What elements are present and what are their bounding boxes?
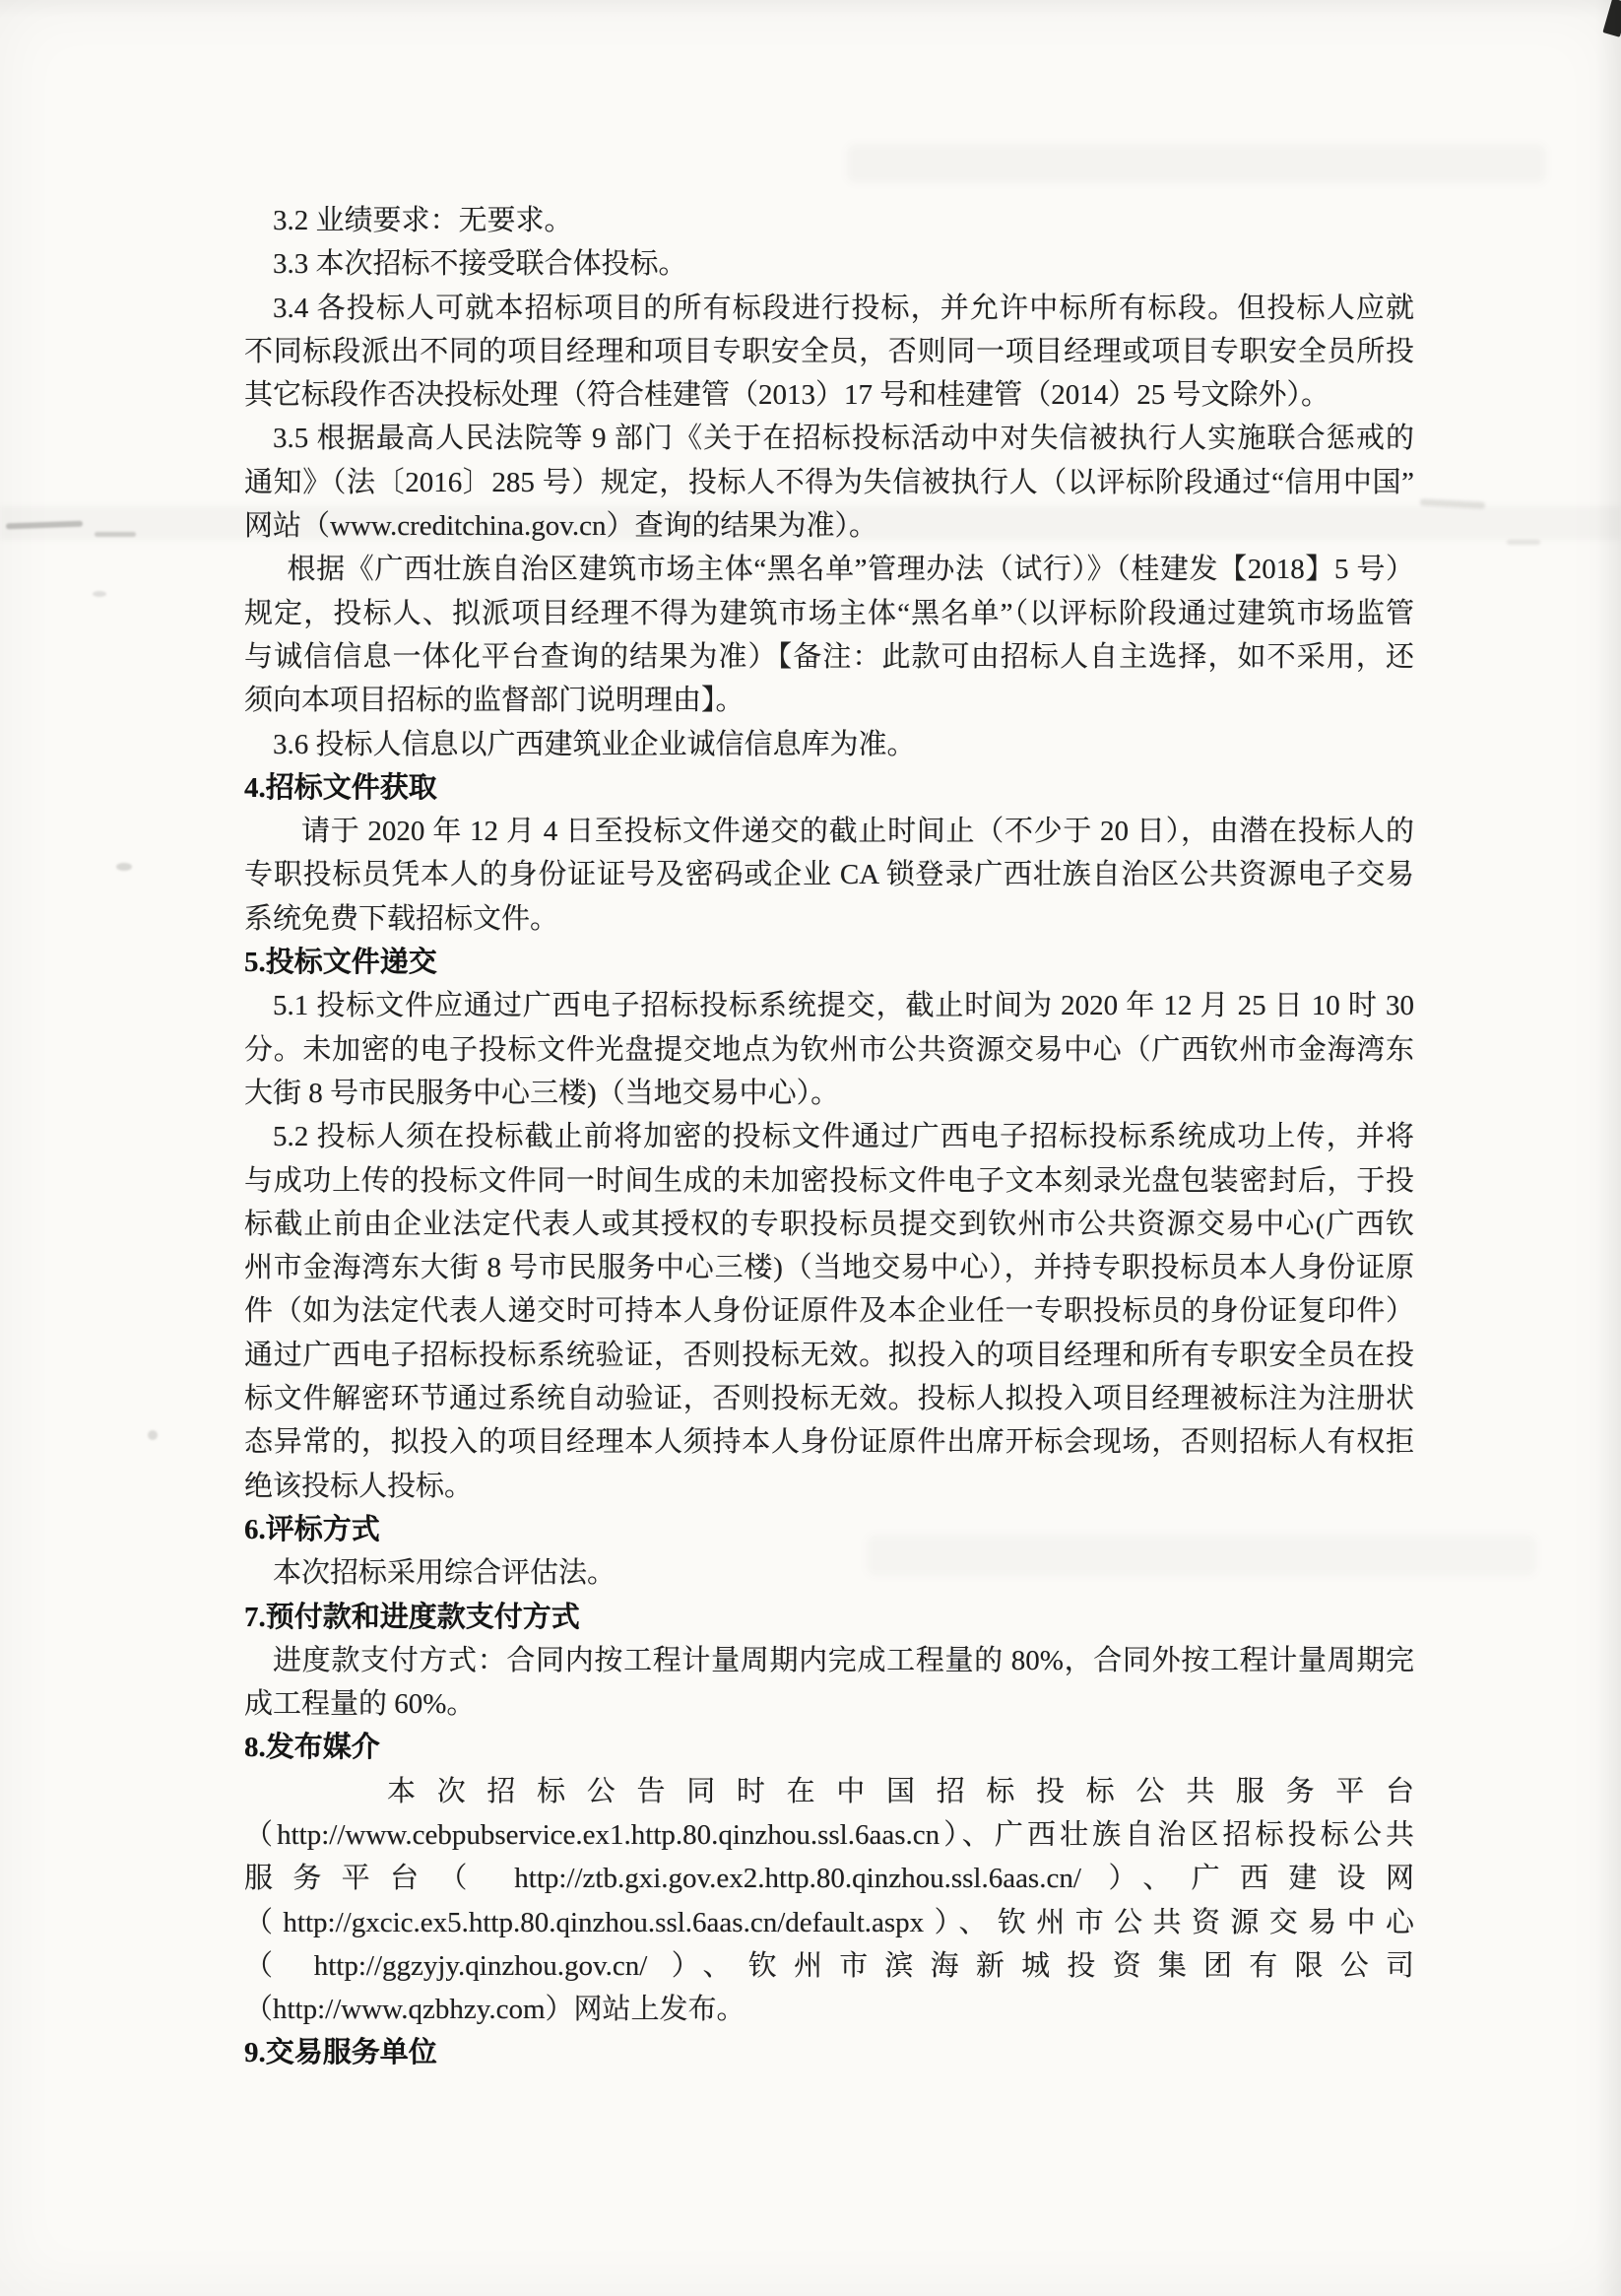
paragraph-line: 通知》（法〔2016〕285 号）规定，投标人不得为失信被执行人（以评标阶段通过… <box>244 461 1414 504</box>
scan-artifact-corner-mark <box>1602 0 1621 37</box>
scan-artifact-ghost-band <box>847 144 1546 183</box>
paragraph-line: 通过广西电子招标投标系统验证，否则投标无效。拟投入的项目经理和所有专职安全员在投 <box>244 1334 1414 1377</box>
scan-artifact-speck <box>116 863 132 871</box>
paragraph-line: 标截止前由企业法定代表人或其授权的专职投标员提交到钦州市公共资源交易中心(广西钦 <box>244 1203 1414 1246</box>
paragraph-line: 3.5 根据最高人民法院等 9 部门《关于在招标投标活动中对失信被执行人实施联合… <box>244 417 1414 460</box>
section-heading: 5.投标文件递交 <box>244 941 1414 984</box>
paragraph-line: 系统免费下载招标文件。 <box>244 897 1414 941</box>
paragraph-line: 请于 2020 年 12 月 4 日至投标文件递交的截止时间止（不少于 20 日… <box>244 810 1414 853</box>
paragraph-line: 须向本项目招标的监督部门说明理由】。 <box>244 679 1414 722</box>
paragraph-line: 根据《广西壮族自治区建筑市场主体“黑名单”管理办法（试行）》（桂建发【2018】… <box>244 548 1414 591</box>
paragraph-line: 与成功上传的投标文件同一时间生成的未加密投标文件电子文本刻录光盘包装密封后，于投 <box>244 1159 1414 1203</box>
paragraph-line: 3.6 投标人信息以广西建筑业企业诚信信息库为准。 <box>244 723 1414 766</box>
scan-artifact-speck <box>148 1430 158 1440</box>
scanned-document-page: 3.2 业绩要求：无要求。3.3 本次招标不接受联合体投标。3.4 各投标人可就… <box>0 0 1621 2296</box>
section-heading: 4.招标文件获取 <box>244 766 1414 810</box>
section-heading: 7.预付款和进度款支付方式 <box>244 1596 1414 1639</box>
scan-artifact-speck <box>93 591 106 597</box>
paragraph-line: 与诚信信息一体化平台查询的结果为准）【备注：此款可由招标人自主选择，如不采用，还 <box>244 635 1414 679</box>
paragraph-line: 标文件解密环节通过系统自动验证，否则投标无效。投标人拟投入项目经理被标注为注册状 <box>244 1377 1414 1420</box>
scan-artifact-dash <box>1420 498 1485 508</box>
paragraph-line: 3.2 业绩要求：无要求。 <box>244 199 1414 242</box>
paragraph-line: 3.4 各投标人可就本招标项目的所有标段进行投标，并允许中标所有标段。但投标人应… <box>244 287 1414 330</box>
paragraph-line: 绝该投标人投标。 <box>244 1465 1414 1508</box>
paragraph-line: 不同标段派出不同的项目经理和项目专职安全员，否则同一项目经理或项目专职安全员所投 <box>244 330 1414 373</box>
paragraph-line: 本次招标采用综合评估法。 <box>244 1551 1414 1595</box>
scan-artifact-dash <box>95 532 136 537</box>
paragraph-line: 州市金海湾东大街 8 号市民服务中心三楼)（当地交易中心），并持专职投标员本人身… <box>244 1246 1414 1289</box>
paragraph-line: 网站（www.creditchina.gov.cn）查询的结果为准）。 <box>244 504 1414 548</box>
paragraph-line: 5.1 投标文件应通过广西电子招标投标系统提交，截止时间为 2020 年 12 … <box>244 984 1414 1027</box>
section-heading: 6.评标方式 <box>244 1508 1414 1551</box>
scan-artifact-dash <box>1507 540 1540 545</box>
paragraph-line: 本次招标公告同时在中国招标投标公共服务平台 <box>244 1770 1414 1813</box>
paragraph-line: 大街 8 号市民服务中心三楼)（当地交易中心）。 <box>244 1072 1414 1115</box>
paragraph-line: （ http://ggzyjy.qinzhou.gov.cn/ ）、钦州市滨海新… <box>244 1944 1414 1988</box>
paragraph-line: 件（如为法定代表人递交时可持本人身份证原件及本企业任一专职投标员的身份证复印件） <box>244 1289 1414 1333</box>
section-heading: 9.交易服务单位 <box>244 2031 1414 2074</box>
paragraph-line: 态异常的，拟投入的项目经理本人须持本人身份证原件出席开标会现场，否则招标人有权拒 <box>244 1420 1414 1464</box>
paragraph-line: （http://www.cebpubservice.ex1.http.80.qi… <box>244 1813 1414 1857</box>
paragraph-line: （http://gxcic.ex5.http.80.qinzhou.ssl.6a… <box>244 1901 1414 1944</box>
paragraph-line: （http://www.qzbhzy.com）网站上发布。 <box>244 1988 1414 2031</box>
paragraph-line: 规定，投标人、拟派项目经理不得为建筑市场主体“黑名单”（以评标阶段通过建筑市场监… <box>244 592 1414 635</box>
scan-artifact-dash <box>6 521 83 530</box>
paragraph-line: 3.3 本次招标不接受联合体投标。 <box>244 242 1414 286</box>
paragraph-line: 成工程量的 60%。 <box>244 1682 1414 1726</box>
paragraph-line: 专职投标员凭本人的身份证证号及密码或企业 CA 锁登录广西壮族自治区公共资源电子… <box>244 853 1414 896</box>
document-body: 3.2 业绩要求：无要求。3.3 本次招标不接受联合体投标。3.4 各投标人可就… <box>244 199 1414 2075</box>
paragraph-line: 服务平台（ http://ztb.gxi.gov.ex2.http.80.qin… <box>244 1857 1414 1900</box>
paragraph-line: 进度款支付方式：合同内按工程计量周期内完成工程量的 80%，合同外按工程计量周期… <box>244 1639 1414 1682</box>
paragraph-line: 分。未加密的电子投标文件光盘提交地点为钦州市公共资源交易中心（广西钦州市金海湾东 <box>244 1028 1414 1072</box>
paragraph-line: 其它标段作否决投标处理（符合桂建管（2013）17 号和桂建管（2014）25 … <box>244 373 1414 417</box>
section-heading: 8.发布媒介 <box>244 1726 1414 1769</box>
paragraph-line: 5.2 投标人须在投标截止前将加密的投标文件通过广西电子招标投标系统成功上传，并… <box>244 1115 1414 1158</box>
